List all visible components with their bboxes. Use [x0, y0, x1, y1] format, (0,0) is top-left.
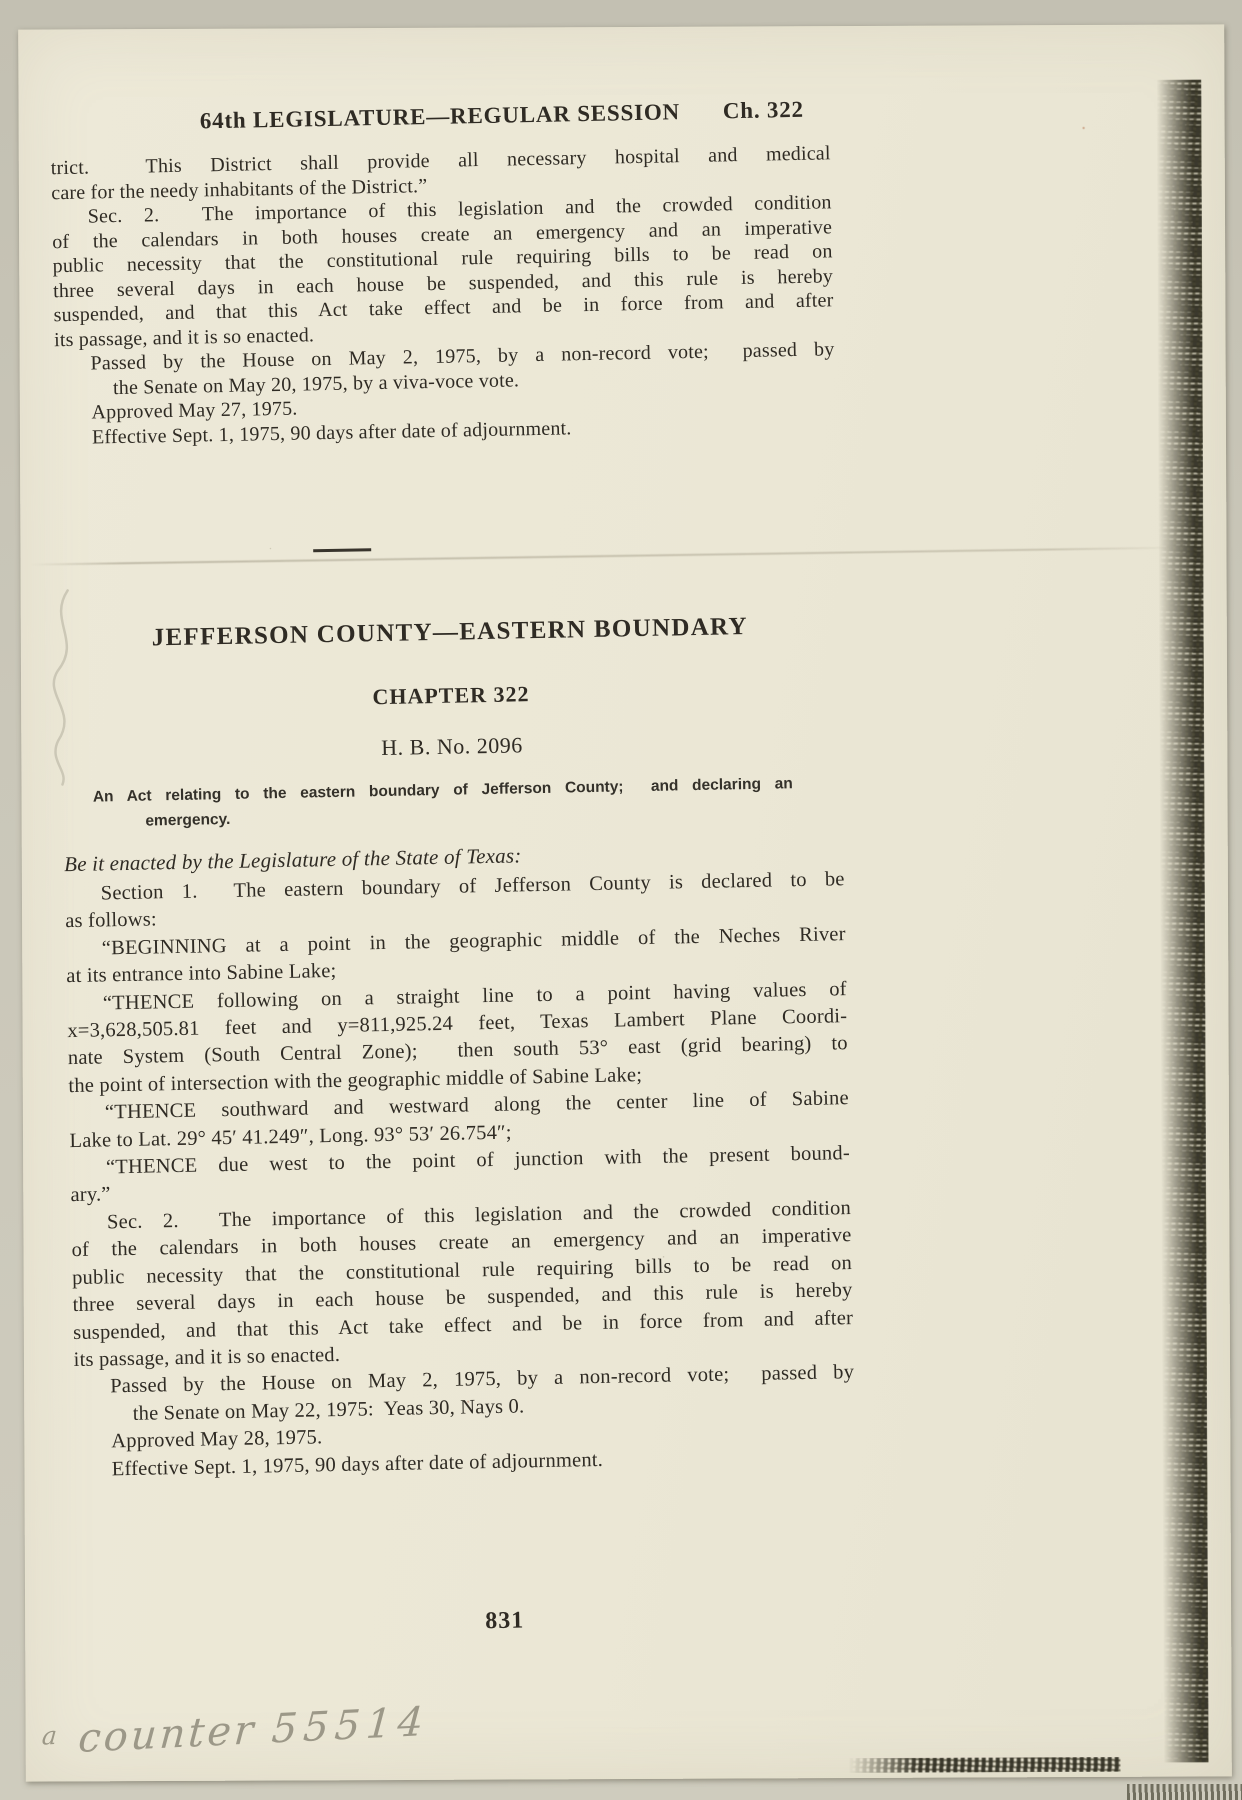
bill-number: H. B. No. 2096 [62, 725, 842, 768]
page-number: 831 [79, 1599, 859, 1644]
act-body-text: Section 1. The eastern boundary of Jeffe… [64, 866, 855, 1484]
act-title: JEFFERSON COUNTY—EASTERN BOUNDARY [60, 610, 840, 655]
scan-background: 64th LEGISLATURE—REGULAR SESSION Ch. 322… [0, 0, 1242, 1800]
chapter-ref: Ch. 322 [723, 95, 805, 127]
chapter-heading: CHAPTER 322 [61, 674, 841, 717]
scan-edge-shadow-bottom [849, 1757, 1121, 1773]
handwritten-number: 55514 [270, 1699, 431, 1753]
act-caption: An Act relating to the eastern boundary … [93, 771, 794, 834]
previous-act-text: trict. This District shall provide all n… [51, 141, 837, 450]
section-divider [313, 548, 371, 552]
running-header: 64th LEGISLATURE—REGULAR SESSION Ch. 322 [48, 20, 830, 139]
handwritten-prefix: a [41, 1721, 58, 1751]
scan-edge-shadow-right [1156, 79, 1208, 1762]
handwritten-word: counter [77, 1707, 258, 1762]
handwritten-annotation: acounter 55514 [40, 1699, 431, 1764]
page-content: 64th LEGISLATURE—REGULAR SESSION Ch. 322… [48, 20, 859, 1644]
document-page: 64th LEGISLATURE—REGULAR SESSION Ch. 322… [18, 24, 1232, 1781]
session-title: 64th LEGISLATURE—REGULAR SESSION [200, 99, 681, 133]
